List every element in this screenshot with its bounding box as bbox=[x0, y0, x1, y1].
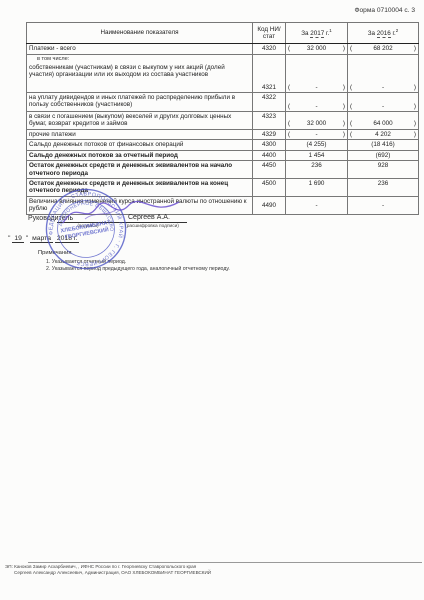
row-value-2016: - bbox=[348, 196, 419, 214]
table-row: в связи с погашением (выкупом) векселей … bbox=[27, 112, 419, 130]
row-label: на уплату дивидендов и иных платежей по … bbox=[27, 93, 253, 112]
row-code: 4322 bbox=[253, 93, 286, 112]
table-row: прочие платежи 4329 (-) (4 202) bbox=[27, 129, 419, 139]
table-row: Остаток денежных средств и денежных экви… bbox=[27, 161, 419, 179]
group-label: в том числе: bbox=[37, 56, 250, 63]
scanned-document-page: Форма 0710004 с. 3 Наименование показате… bbox=[0, 0, 424, 600]
row-value-2017: 1 690 bbox=[286, 178, 348, 196]
row-code: 4323 bbox=[253, 112, 286, 130]
col-header-2017: За 2017 г.1 bbox=[286, 23, 348, 44]
row-value-2016: (68 202) bbox=[348, 44, 419, 55]
row-value-2017: 236 bbox=[286, 161, 348, 179]
row-value-2017: (-) bbox=[286, 129, 348, 139]
row-value-2017: (4 255) bbox=[286, 140, 348, 150]
row-value-2016: (-) bbox=[348, 93, 419, 112]
row-value-2016: (64 000) bbox=[348, 112, 419, 130]
row-value-2016: 236 bbox=[348, 178, 419, 196]
table-row: на уплату дивидендов и иных платежей по … bbox=[27, 93, 419, 112]
row-code: 4500 bbox=[253, 178, 286, 196]
row-code: 4450 bbox=[253, 161, 286, 179]
row-label: в том числе: собственникам (участникам) … bbox=[27, 55, 253, 93]
col-header-name: Наименование показателя bbox=[27, 23, 253, 44]
row-value-2016: (18 416) bbox=[348, 140, 419, 150]
row-value-2017: (-) bbox=[286, 93, 348, 112]
table-row: Сальдо денежных потоков от финансовых оп… bbox=[27, 140, 419, 150]
row-code: 4300 bbox=[253, 140, 286, 150]
row-label: Сальдо денежных потоков за отчетный пери… bbox=[27, 150, 253, 160]
row-code: 4320 bbox=[253, 44, 286, 55]
row-value-2017: 1 454 bbox=[286, 150, 348, 160]
row-value-2017: (32 000) bbox=[286, 112, 348, 130]
row-label: прочие платежи bbox=[27, 129, 253, 139]
row-code: 4490 bbox=[253, 196, 286, 214]
row-code: 4329 bbox=[253, 129, 286, 139]
table-row: в том числе: собственникам (участникам) … bbox=[27, 55, 419, 93]
col-header-2016: За 2016 г.2 bbox=[348, 23, 419, 44]
row-value-2016: 928 bbox=[348, 161, 419, 179]
row-label: Остаток денежных средств и денежных экви… bbox=[27, 161, 253, 179]
row-label: Платежи - всего bbox=[27, 44, 253, 55]
row-value-2016: (692) bbox=[348, 150, 419, 160]
footer-esignature-line: ЭП: Каноков Замир Асхарбиевич, , ИФНС Ро… bbox=[5, 564, 196, 569]
col-header-code: Код НИ/стат bbox=[253, 23, 286, 44]
table-row: Платежи - всего 4320 (32 000) (68 202) bbox=[27, 44, 419, 55]
row-value-2017: (32 000) bbox=[286, 44, 348, 55]
row-label: Сальдо денежных потоков от финансовых оп… bbox=[27, 140, 253, 150]
form-number-header: Форма 0710004 с. 3 bbox=[354, 7, 415, 14]
row-label: в связи с погашением (выкупом) векселей … bbox=[27, 112, 253, 130]
row-value-2016: (-) bbox=[348, 55, 419, 93]
footer-divider bbox=[28, 562, 422, 563]
footer-organization-line: Сергеев Александр Алексеевич, Администра… bbox=[14, 570, 211, 575]
row-value-2016: (4 202) bbox=[348, 129, 419, 139]
signature-scribble bbox=[55, 193, 190, 233]
row-code: 4321 bbox=[253, 55, 286, 93]
row-value-2017: - bbox=[286, 196, 348, 214]
table-header-row: Наименование показателя Код НИ/стат За 2… bbox=[27, 23, 419, 44]
row-code: 4400 bbox=[253, 150, 286, 160]
table-row: Сальдо денежных потоков за отчетный пери… bbox=[27, 150, 419, 160]
row-value-2017: (-) bbox=[286, 55, 348, 93]
